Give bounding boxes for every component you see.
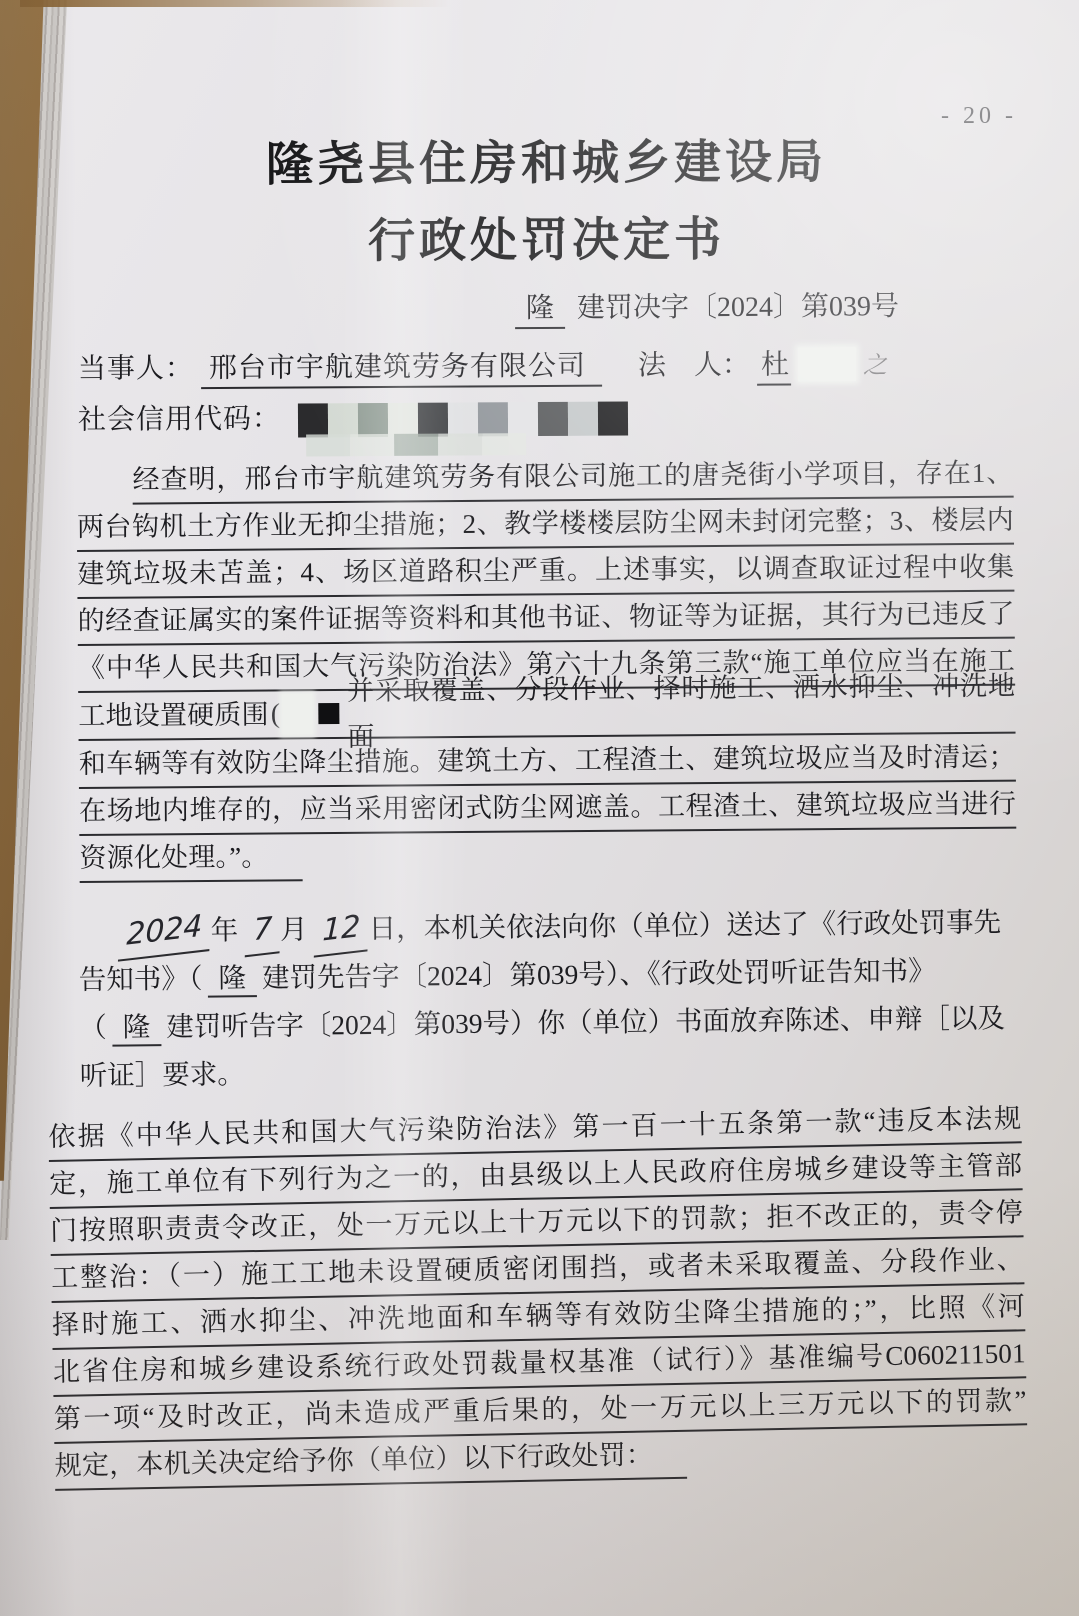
handwritten-year: 2024 [118, 901, 211, 961]
legal-person-surname: 杜 [757, 349, 791, 385]
handwritten-month: 7 [244, 904, 280, 958]
legal-person-label: 法 人： [638, 350, 750, 382]
findings-line6-pre: 工地设置硬质围 [78, 691, 269, 738]
findings-line: 资源化处理。”。 [79, 827, 1016, 881]
mosaic-cell [306, 434, 350, 456]
mosaic-cell [598, 401, 628, 435]
mosaic-cell [448, 402, 478, 436]
black-box-redaction [318, 703, 339, 724]
findings-line: 的经查证属实的案件证据等资料和其他书证、物证等为证据，其行为已违反了 [77, 590, 1014, 644]
mosaic-cell [388, 403, 418, 437]
credit-code-row: 社会信用代码： [78, 394, 1015, 446]
mosaic-cell [358, 403, 388, 437]
mosaic-cell [350, 434, 394, 456]
redacted-char-remnant: ( [271, 691, 281, 737]
document-title-authority: 隆尧县住房和城乡建设局 [78, 124, 1015, 196]
legal-name-remnant: 之 [863, 353, 887, 379]
findings-line: 在场地内堆存的，应当采用密闭式防尘网遮盖。工程渣土、建筑垃圾应当进行 [79, 780, 1016, 834]
credit-code-label: 社会信用代码： [78, 403, 281, 435]
legal-name-redaction [798, 347, 856, 381]
year-label: 年 [210, 914, 238, 945]
mosaic-cell [538, 402, 568, 436]
findings-line-redacted: 工地设置硬质围 ( 并采取覆盖、分段作业、择时施工、洒水抑尘、冲洗地面 [78, 684, 1015, 740]
party-label: 当事人： [78, 353, 194, 385]
notice-blank: 隆 [207, 963, 257, 998]
handwritten-day: 12 [314, 902, 369, 958]
legal-basis-paragraph: 依据《中华人民共和国大气污染防治法》第一百一十五条第一款“违反本法规 定，施工单… [48, 1095, 1028, 1490]
mosaic-cell [394, 433, 438, 455]
mosaic-cell [568, 401, 598, 435]
photographed-penalty-document: { "page": { "number": "- 20 -" }, "heade… [0, 0, 1079, 1616]
findings-paragraph: 经查明，邢台市宇航建筑劳务有限公司施工的唐尧街小学项目，存在1、 两台钩机土方作… [76, 449, 1016, 881]
notice-line1-rest: 日，本机关依法向你（单位）送达了《行政处罚事先 [368, 906, 1001, 944]
party-name: 邢台市宇航建筑劳务有限公司 [201, 350, 602, 388]
notice-blank: 隆 [112, 1012, 162, 1047]
mosaic-cell [298, 403, 328, 437]
findings-line: 两台钩机土方作业无抑尘措施；2、教学楼楼层防尘网未封闭完整；3、楼层内 [77, 496, 1014, 550]
credit-code-mosaic-redaction [298, 401, 628, 437]
blur-redaction [282, 693, 312, 733]
document-number-blank: 隆 [515, 294, 565, 329]
party-row: 当事人： 邢台市宇航建筑劳务有限公司 法 人： 杜 之 [78, 344, 1015, 394]
legal-person: 法 人： 杜 之 [638, 345, 887, 388]
month-label: 月 [280, 913, 308, 944]
document-title-type: 行政处罚决定书 [78, 201, 1015, 273]
notice-line: 听证］要求。 [80, 1042, 1017, 1100]
prior-notice-paragraph: 2024年 7月 12日，本机关依法向你（单位）送达了《行政处罚事先 告知书》（… [78, 898, 1017, 1100]
findings-line: 经查明，邢台市宇航建筑劳务有限公司施工的唐尧街小学项目，存在1、 [76, 449, 1013, 503]
mosaic-cell [418, 402, 448, 436]
findings-line: 建筑垃圾未苫盖；4、场区道路积尘严重。上述事实，以调查取证过程中收集 [77, 543, 1014, 597]
mosaic-cell [478, 402, 508, 436]
document-number: 隆 建罚决字〔2024〕第039号 [78, 284, 1015, 332]
mosaic-cell [328, 403, 358, 437]
mosaic-cell [508, 402, 538, 436]
mosaic-cell [438, 433, 482, 455]
findings-line: 和车辆等有效防尘降尘措施。建筑土方、工程渣土、建筑垃圾应当及时清运； [79, 733, 1016, 787]
mosaic-cell [482, 433, 526, 455]
document-number-rest: 建罚决字〔2024〕第039号 [577, 291, 899, 324]
document-sheet: - 20 - 隆尧县住房和城乡建设局 行政处罚决定书 隆 建罚决字〔2024〕第… [0, 0, 1079, 1616]
